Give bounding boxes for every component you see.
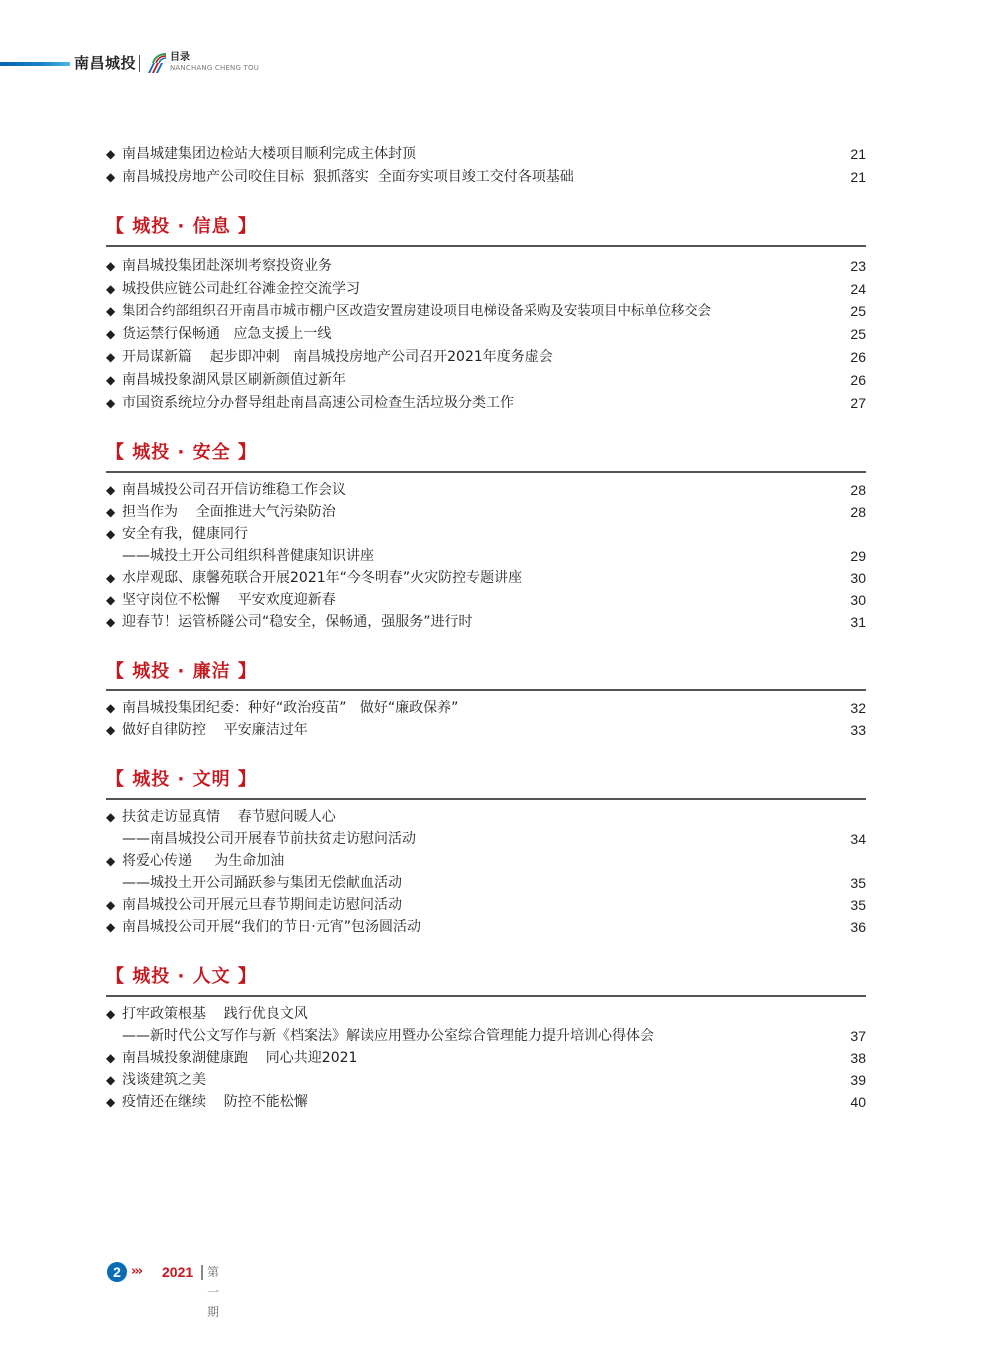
section-divider (106, 245, 866, 247)
entry-page: 30 (850, 589, 866, 611)
diamond-bullet-icon: ◆ (106, 523, 122, 545)
toc-entry-subtitle[interactable]: ——南昌城投公司开展春节前扶贫走访慰问活动34 (106, 828, 866, 850)
toc-entry[interactable]: ◆水岸观邸、康馨苑联合开展2021年“今冬明春”火灾防控专题讲座30 (106, 567, 866, 589)
entry-page: 36 (850, 916, 866, 938)
diamond-bullet-icon: ◆ (106, 611, 122, 633)
section-heading-humanities: 【 城投 · 人文 】 (106, 964, 257, 990)
entry-page: 24 (850, 278, 866, 300)
entry-title: 南昌城投公司开展“我们的节日·元宵”包汤圆活动 (122, 919, 421, 935)
entry-page: 38 (850, 1047, 866, 1069)
toc-entry[interactable]: ◆货运禁行保畅通 应急支援上一线25 (106, 323, 866, 345)
toc-entry[interactable]: ◆担当作为 全面推进大气污染防治28 (106, 501, 866, 523)
toc-entry[interactable]: ◆做好自律防控 平安廉洁过年33 (106, 719, 866, 741)
toc-entry[interactable]: ◆南昌城投集团纪委：种好“政治疫苗” 做好“廉政保养”32 (106, 697, 866, 719)
toc-entry[interactable]: ◆浅谈建筑之美39 (106, 1069, 866, 1091)
toc-entry[interactable]: ◆南昌城投房地产公司咬住目标 狠抓落实 全面夯实项目竣工交付各项基础 21 (106, 166, 866, 188)
toc-entry[interactable]: ◆南昌城投公司召开信访维稳工作会议28 (106, 479, 866, 501)
entry-title: 开局谋新篇 起步即冲刺 南昌城投房地产公司召开2021年度务虚会 (122, 349, 553, 365)
diamond-bullet-icon: ◆ (106, 369, 122, 391)
diamond-bullet-icon: ◆ (106, 719, 122, 741)
entry-page: 40 (850, 1091, 866, 1113)
diamond-bullet-icon: ◆ (106, 1069, 122, 1091)
diamond-bullet-icon: ◆ (106, 255, 122, 277)
diamond-bullet-icon: ◆ (106, 346, 122, 368)
diamond-bullet-icon: ◆ (106, 567, 122, 589)
entry-title: 疫情还在继续 防控不能松懈 (122, 1094, 308, 1110)
toc-entry[interactable]: ◆扶贫走访显真情 春节慰问暖人心 (106, 806, 866, 828)
entry-title: 做好自律防控 平安廉洁过年 (122, 722, 308, 738)
issue-year: 2021 (162, 1262, 193, 1282)
toc-entry[interactable]: ◆南昌城建集团边检站大楼项目顺利完成主体封顶 21 (106, 143, 866, 165)
entry-page: 23 (850, 255, 866, 277)
entry-page: 35 (850, 872, 866, 894)
entry-page: 35 (850, 894, 866, 916)
diamond-bullet-icon: ◆ (106, 278, 122, 300)
diamond-bullet-icon: ◆ (106, 479, 122, 501)
entry-title: 南昌城投象湖健康跑 同心共迎2021 (122, 1050, 357, 1066)
toc-entry[interactable]: ◆市国资系统垃分办督导组赴南昌高速公司检查生活垃圾分类工作27 (106, 392, 866, 414)
issue-number: 第一期 (207, 1262, 219, 1322)
toc-entry-subtitle[interactable]: ——新时代公文写作与新《档案法》解读应用暨办公室综合管理能力提升培训心得体会37 (106, 1025, 866, 1047)
toc-entry[interactable]: ◆安全有我，健康同行 (106, 523, 866, 545)
diamond-bullet-icon: ◆ (106, 850, 122, 872)
section-divider (106, 689, 866, 691)
entry-title: 担当作为 全面推进大气污染防治 (122, 504, 336, 520)
diamond-bullet-icon: ◆ (106, 300, 122, 322)
page-number-badge: 2 (107, 1262, 127, 1282)
entry-title: 市国资系统垃分办督导组赴南昌高速公司检查生活垃圾分类工作 (122, 395, 514, 411)
entry-page: 25 (850, 300, 866, 322)
entry-title: 南昌城投房地产公司咬住目标 狠抓落实 全面夯实项目竣工交付各项基础 (122, 169, 574, 185)
toc-entry[interactable]: ◆南昌城投集团赴深圳考察投资业务23 (106, 255, 866, 277)
toc-entry-subtitle[interactable]: ——城投土开公司踊跃参与集团无偿献血活动35 (106, 872, 866, 894)
diamond-bullet-icon: ◆ (106, 166, 122, 188)
header-divider (139, 55, 140, 72)
chevron-arrows-icon: ››› (131, 1263, 141, 1281)
entry-subtitle: ——新时代公文写作与新《档案法》解读应用暨办公室综合管理能力提升培训心得体会 (122, 1028, 654, 1044)
toc-entry[interactable]: ◆南昌城投象湖风景区刷新颜值过新年26 (106, 369, 866, 391)
toc-entry[interactable]: ◆迎春节！运管桥隧公司“稳安全，保畅通，强服务”进行时31 (106, 611, 866, 633)
toc-entry[interactable]: ◆将爱心传递 为生命加油 (106, 850, 866, 872)
toc-entry[interactable]: ◆南昌城投公司开展“我们的节日·元宵”包汤圆活动36 (106, 916, 866, 938)
diamond-bullet-icon: ◆ (106, 1091, 122, 1113)
diamond-bullet-icon: ◆ (106, 1003, 122, 1025)
footer-divider (201, 1265, 203, 1280)
entry-title: 将爱心传递 为生命加油 (122, 853, 284, 869)
entry-page: 28 (850, 501, 866, 523)
section-heading-civilization: 【 城投 · 文明 】 (106, 767, 257, 793)
header-accent-bar (0, 62, 70, 66)
entry-page: 33 (850, 719, 866, 741)
toc-entry[interactable]: ◆南昌城投公司开展元旦春节期间走访慰问活动35 (106, 894, 866, 916)
entry-page: 28 (850, 479, 866, 501)
entry-page: 26 (850, 369, 866, 391)
entry-title: 南昌城投集团赴深圳考察投资业务 (122, 258, 332, 274)
header-title: 目录 (170, 52, 259, 63)
brand-name: 南昌城投 (74, 52, 136, 74)
entry-page: 26 (850, 346, 866, 368)
diamond-bullet-icon: ◆ (106, 916, 122, 938)
entry-title: 集团合约部组织召开南昌市城市棚户区改造安置房建设项目电梯设备采购及安装项目中标单… (122, 304, 711, 319)
entry-page: 37 (850, 1025, 866, 1047)
entry-title: 南昌城投集团纪委：种好“政治疫苗” 做好“廉政保养” (122, 700, 458, 716)
entry-title: 南昌城投公司召开信访维稳工作会议 (122, 482, 346, 498)
entry-page: 31 (850, 611, 866, 633)
diamond-bullet-icon: ◆ (106, 806, 122, 828)
entry-title: 安全有我，健康同行 (122, 526, 248, 542)
entry-page: 21 (850, 166, 866, 188)
entry-subtitle: ——南昌城投公司开展春节前扶贫走访慰问活动 (122, 831, 416, 847)
page-header: 南昌城投 目录 NANCHANG CHENG TOU (0, 52, 400, 76)
diamond-bullet-icon: ◆ (106, 501, 122, 523)
diamond-bullet-icon: ◆ (106, 589, 122, 611)
diamond-bullet-icon: ◆ (106, 323, 122, 345)
header-subtitle: 目录 NANCHANG CHENG TOU (170, 52, 259, 73)
section-heading-info: 【 城投 · 信息 】 (106, 214, 257, 240)
entry-title: 打牢政策根基 践行优良文风 (122, 1006, 308, 1022)
section-heading-safety: 【 城投 · 安全 】 (106, 440, 257, 466)
header-english-name: NANCHANG CHENG TOU (170, 63, 259, 73)
entry-title: 南昌城投象湖风景区刷新颜值过新年 (122, 372, 346, 388)
entry-title: 南昌城投公司开展元旦春节期间走访慰问活动 (122, 897, 402, 913)
diamond-bullet-icon: ◆ (106, 894, 122, 916)
entry-title: 浅谈建筑之美 (122, 1072, 206, 1088)
section-divider (106, 798, 866, 800)
entry-title: 坚守岗位不松懈 平安欢度迎新春 (122, 592, 336, 608)
entry-subtitle: ——城投土开公司组织科普健康知识讲座 (122, 548, 374, 564)
toc-entry[interactable]: ◆城投供应链公司赴红谷滩金控交流学习24 (106, 278, 866, 300)
entry-title: 南昌城建集团边检站大楼项目顺利完成主体封顶 (122, 146, 416, 162)
toc-entry-subtitle[interactable]: ——城投土开公司组织科普健康知识讲座29 (106, 545, 866, 567)
entry-page: 39 (850, 1069, 866, 1091)
entry-page: 21 (850, 143, 866, 165)
entry-title: 迎春节！运管桥隧公司“稳安全，保畅通，强服务”进行时 (122, 614, 473, 630)
entry-page: 34 (850, 828, 866, 850)
entry-page: 30 (850, 567, 866, 589)
section-heading-integrity: 【 城投 · 廉洁 】 (106, 659, 257, 685)
diamond-bullet-icon: ◆ (106, 143, 122, 165)
entry-title: 城投供应链公司赴红谷滩金控交流学习 (122, 281, 360, 297)
diamond-bullet-icon: ◆ (106, 392, 122, 414)
toc-entry[interactable]: ◆南昌城投象湖健康跑 同心共迎202138 (106, 1047, 866, 1069)
entry-page: 27 (850, 392, 866, 414)
entry-page: 29 (850, 545, 866, 567)
section-divider (106, 995, 866, 997)
toc-entry[interactable]: ◆开局谋新篇 起步即冲刺 南昌城投房地产公司召开2021年度务虚会26 (106, 346, 866, 368)
entry-title: 货运禁行保畅通 应急支援上一线 (122, 326, 331, 342)
nanchang-chengtou-logo-icon (145, 52, 167, 74)
entry-page: 25 (850, 323, 866, 345)
section-divider (106, 471, 866, 473)
toc-entry[interactable]: ◆打牢政策根基 践行优良文风 (106, 1003, 866, 1025)
entry-subtitle: ——城投土开公司踊跃参与集团无偿献血活动 (122, 875, 402, 891)
diamond-bullet-icon: ◆ (106, 1047, 122, 1069)
toc-entry[interactable]: ◆集团合约部组织召开南昌市城市棚户区改造安置房建设项目电梯设备采购及安装项目中标… (106, 300, 866, 322)
entry-page: 32 (850, 697, 866, 719)
diamond-bullet-icon: ◆ (106, 697, 122, 719)
entry-title: 扶贫走访显真情 春节慰问暖人心 (122, 809, 336, 825)
toc-entry[interactable]: ◆坚守岗位不松懈 平安欢度迎新春30 (106, 589, 866, 611)
entry-title: 水岸观邸、康馨苑联合开展2021年“今冬明春”火灾防控专题讲座 (122, 570, 522, 586)
toc-entry[interactable]: ◆疫情还在继续 防控不能松懈40 (106, 1091, 866, 1113)
